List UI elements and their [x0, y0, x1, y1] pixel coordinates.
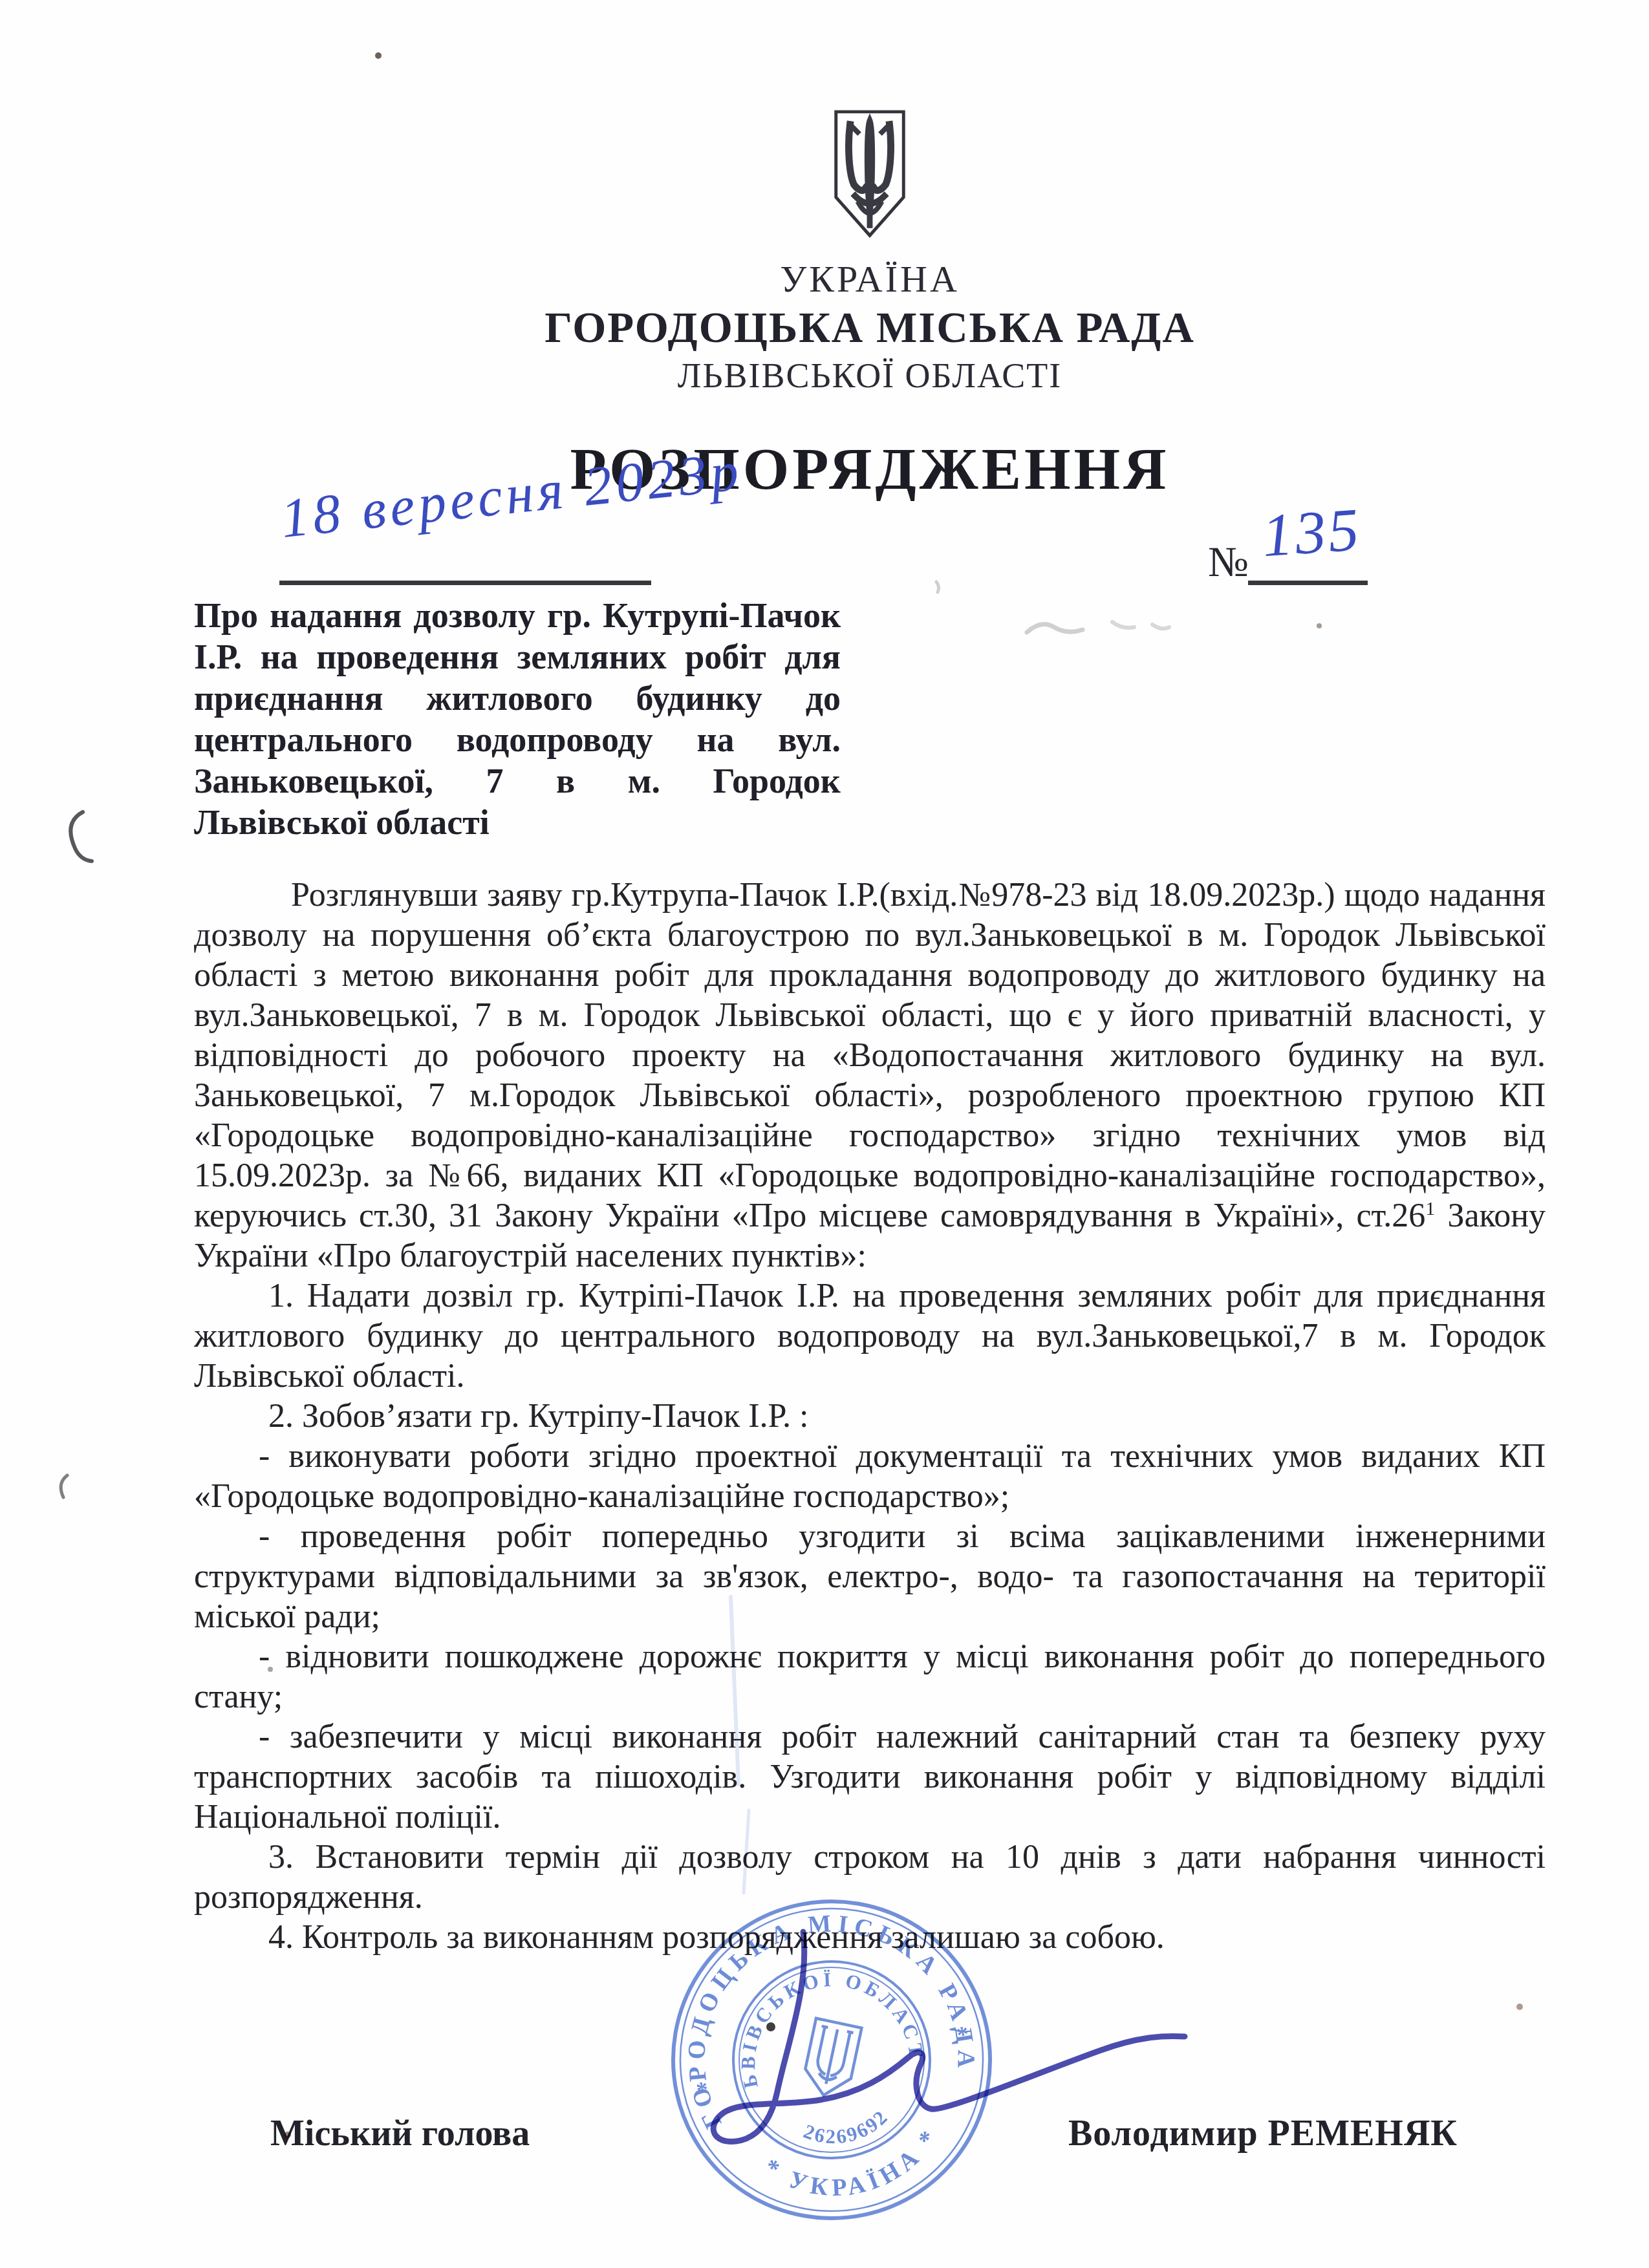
number-sign: №	[1208, 538, 1249, 587]
obligation-sub-item: - забезпечити у місці виконання робіт на…	[194, 1717, 1546, 1837]
intro-text: Розглянувши заяву гр.Кутрупа-Пачок І.Р.(…	[194, 877, 1546, 1234]
ordinance-item-2: 2. Зобов’язати гр. Кутріпу-Пачок І.Р. :	[194, 1396, 1546, 1437]
svg-text:ГОРОДОЦЬКА МІСЬКА РАДА: ГОРОДОЦЬКА МІСЬКА РАДА	[663, 1885, 986, 2134]
svg-text:26269692: 26269692	[797, 2102, 896, 2156]
signer-position: Міський голова	[270, 2113, 530, 2154]
document-header: УКРАЇНА ГОРОДОЦЬКА МІСЬКА РАДА ЛЬВІВСЬКО…	[194, 107, 1546, 396]
stamp-code-text: 26269692	[797, 2102, 896, 2156]
obligation-sub-item: - проведення робіт попередньо узгодити з…	[194, 1517, 1546, 1637]
obligation-sub-item: - виконувати роботи згідно проектної док…	[194, 1437, 1546, 1517]
council-name: ГОРОДОЦЬКА МІСЬКА РАДА	[194, 303, 1546, 353]
stamp-council-text: ГОРОДОЦЬКА МІСЬКА РАДА	[663, 1885, 986, 2134]
region-name: ЛЬВІВСЬКОЇ ОБЛАСТІ	[194, 356, 1546, 396]
obligation-sub-item: - відновити пошкоджене дорожнє покриття …	[194, 1637, 1546, 1717]
subject-paragraph: Про надання дозволу гр. Кутрупі-Пачок І.…	[194, 595, 841, 843]
article-superscript: 1	[1425, 1198, 1435, 1219]
signer-name: Володимир РЕМЕНЯК	[1068, 2113, 1458, 2154]
council-round-stamp: ГОРОДОЦЬКА МІСЬКА РАДА * УКРАЇНА * ЛЬВІВ…	[663, 1885, 1000, 2234]
handwritten-document-number: 135	[1260, 495, 1363, 571]
ordinance-item-1: 1. Надати дозвіл гр. Кутріпі-Пачок І.Р. …	[194, 1276, 1546, 1396]
country-name: УКРАЇНА	[194, 257, 1546, 301]
number-underline	[1248, 581, 1368, 585]
date-underline	[279, 581, 651, 585]
document-body: Розглянувши заяву гр.Кутрупа-Пачок І.Р.(…	[194, 875, 1546, 1958]
ukraine-trident-emblem-icon	[822, 107, 918, 244]
intro-paragraph: Розглянувши заяву гр.Кутрупа-Пачок І.Р.(…	[194, 875, 1546, 1276]
scanned-decree-page: УКРАЇНА ГОРОДОЦЬКА МІСЬКА РАДА ЛЬВІВСЬКО…	[0, 0, 1649, 2268]
